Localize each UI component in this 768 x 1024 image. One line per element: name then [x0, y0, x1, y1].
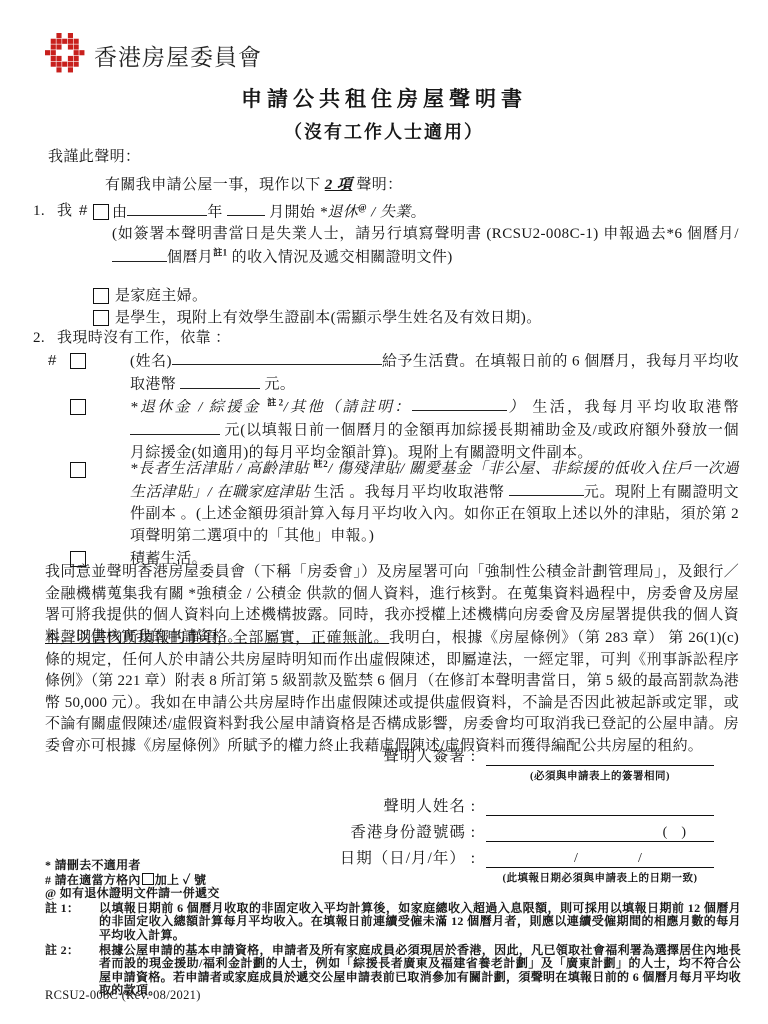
declaration-paragraph: 本聲明書內所填報的事項，全部屬實，正確無訛。我明白，根據《房屋條例》（第 283… [45, 628, 739, 757]
retire-text-pre: 由 [112, 204, 127, 220]
declaration-rest: 我明白，根據《房屋條例》（第 283 章） 第 26(1)(c) 條的規定，任何… [45, 630, 739, 754]
intro-line: 我謹此聲明： [48, 146, 140, 168]
item2-allowance-option: *長者生活津貼 / 高齡津貼 註2/ 傷殘津貼/ 關愛基金「非公屋、非綜援的低收… [130, 458, 739, 547]
checkbox-retired-unemployed[interactable] [93, 204, 109, 220]
item1-student-option: 是學生，現附上有效學生證副本(需顯示學生姓名及有效日期)。 [115, 307, 542, 329]
footnote-1-text: 以填報日期前 6 個曆月收取的非固定收入平均計算後，如家庭總收入超過入息限額，則… [99, 902, 741, 943]
item1-paren-note: (如簽署本聲明書當日是失業人士，請另行填寫聲明書 (RCSU2-008C-1) … [112, 223, 739, 268]
hkid-line[interactable]: ( ) [486, 821, 714, 842]
blank-allowance-amount-field[interactable] [509, 480, 584, 496]
pension-italic: *退休金 / 綜援金 [130, 399, 267, 415]
checkbox-pension-cssa[interactable] [70, 399, 86, 415]
item2-pension-option: *退休金 / 綜援金 註2/其他（請註明：） 生活，我每月平均收取港幣 元(以填… [130, 395, 739, 464]
retire-year-suffix: 年 [207, 204, 227, 220]
item1-hash-mark: # [79, 202, 87, 219]
sign-note: (必須與申請表上的簽署相同) [486, 768, 714, 783]
intro-declare-line: 有關我申請公屋一事，現作以下 2 項 聲明： [105, 174, 403, 196]
retire-italic: *退休 [319, 204, 358, 220]
item1-number: 1. [33, 200, 45, 222]
pension-text2: 元(以填報日前一個曆月的金額再加綜援長期補助金及/或政府額外發放一個月綜援金(如… [130, 423, 739, 461]
paren-note-mid: 個曆月 [167, 250, 213, 266]
intro-declare-pre: 有關我申請公屋一事，現作以下 [105, 177, 325, 193]
allowance-italic1: *長者生活津貼 / 高齡津貼 [130, 461, 313, 477]
checkbox-living-allowance-from-person[interactable] [70, 353, 86, 369]
intro-item-count: 2 項 [325, 177, 352, 193]
footnotes-block: * 請刪去不適用者 # 請在適當方格內加上 ✓ 號 @ 如有退休證明文件請一併遞… [45, 859, 741, 998]
blank-other-specify-field[interactable] [412, 395, 507, 411]
note2-superscript-b: 註2 [313, 459, 328, 469]
footnote-1: 註 1： 以填報日期前 6 個曆月收取的非固定收入平均計算後，如家庭總收入超過入… [45, 902, 741, 943]
paren-note-pre: (如簽署本聲明書當日是失業人士，請另行填寫聲明書 (RCSU2-008C-1) … [112, 226, 739, 242]
pension-text1: 生活，我每月平均收取港幣 [526, 399, 739, 415]
item1-housewife-option: 是家庭主婦。 [115, 285, 207, 307]
checkbox-housewife[interactable] [93, 288, 109, 304]
retire-month-suffix: 月開始 [265, 204, 320, 220]
name-label: 聲明人姓名 : [318, 794, 476, 816]
housing-authority-logo-icon [45, 33, 85, 78]
blank-month-field[interactable] [227, 200, 265, 216]
item2-support-option: (姓名)給予生活費。在填報日前的 6 個曆月，我每月平均收取港幣 元。 [130, 349, 739, 396]
blank-year-field[interactable] [127, 200, 207, 216]
org-name: 香港房屋委員會 [94, 39, 262, 72]
footnote-hash-pre: # 請在適當方格內 [45, 873, 141, 887]
item2-heading: 我現時沒有工作，依靠 ： [57, 327, 231, 349]
checkbox-elderly-allowance[interactable] [70, 462, 86, 478]
hkid-check-digit-paren: ( ) [663, 825, 686, 841]
footnote-1-label: 註 1： [45, 902, 99, 943]
item1-subject: 我 [57, 200, 72, 222]
paren-note-post: 的收入情況及遞交相關證明文件) [228, 250, 453, 266]
item2-hash-mark: # [48, 352, 56, 369]
footnote-hash-post: 加上 ✓ 號 [155, 873, 207, 887]
item2-number: 2. [33, 327, 45, 349]
blank-support-amount-field[interactable] [180, 372, 260, 388]
page-subtitle: （沒有工作人士適用） [0, 118, 768, 144]
blank-name-field[interactable] [172, 349, 382, 365]
pension-other-italic: /其他（請註明： [284, 399, 412, 415]
name-line[interactable] [486, 795, 714, 816]
support-dollar-suffix: 元。 [260, 377, 295, 393]
sign-row: 聲明人簽署 : [318, 744, 738, 766]
name-row: 聲明人姓名 : [318, 794, 738, 816]
pension-paren-close: ） [507, 399, 526, 415]
footnote-star: * 請刪去不適用者 [45, 859, 741, 873]
retire-at-superscript: @ [358, 202, 367, 212]
declaration-form-page: 香港房屋委員會 申請公共租住房屋聲明書 （沒有工作人士適用） 我謹此聲明： 有關… [0, 0, 768, 1024]
allowance-text1: 生活 。我每月平均收取港幣 [310, 484, 509, 500]
checkbox-student[interactable] [93, 310, 109, 326]
note1-superscript: 註1 [213, 248, 227, 258]
blank-months-field[interactable] [112, 245, 167, 261]
footnote-at: @ 如有退休證明文件請一併遞交 [45, 887, 741, 901]
blank-pension-amount-field[interactable] [130, 418, 220, 434]
unemployed-italic: / 失業 [367, 204, 411, 220]
hkid-row: 香港身份證號碼 : ( ) [318, 820, 738, 842]
retire-period: 。 [411, 204, 426, 220]
checkbox-glyph-icon [142, 873, 154, 885]
intro-declare-post: 聲明： [352, 177, 402, 193]
form-code: RCSU2-008C (Rev. 08/2021) [45, 988, 201, 1003]
page-title: 申請公共租住房屋聲明書 [0, 83, 768, 113]
support-name-label: (姓名) [130, 353, 172, 369]
note2-superscript: 註2 [267, 397, 283, 407]
signature-line[interactable] [486, 745, 714, 766]
header-logo-row: 香港房屋委員會 [45, 33, 262, 78]
sign-label: 聲明人簽署 : [318, 744, 476, 766]
footnote-hash: # 請在適當方格內加上 ✓ 號 [45, 873, 741, 888]
hkid-label: 香港身份證號碼 : [318, 820, 476, 842]
item1-retire-option: 由年 月開始 *退休@ / 失業。 (如簽署本聲明書當日是失業人士，請另行填寫聲… [112, 200, 739, 269]
declaration-underlined: 本聲明書內所填報的事項，全部屬實，正確無訛。 [45, 630, 389, 646]
